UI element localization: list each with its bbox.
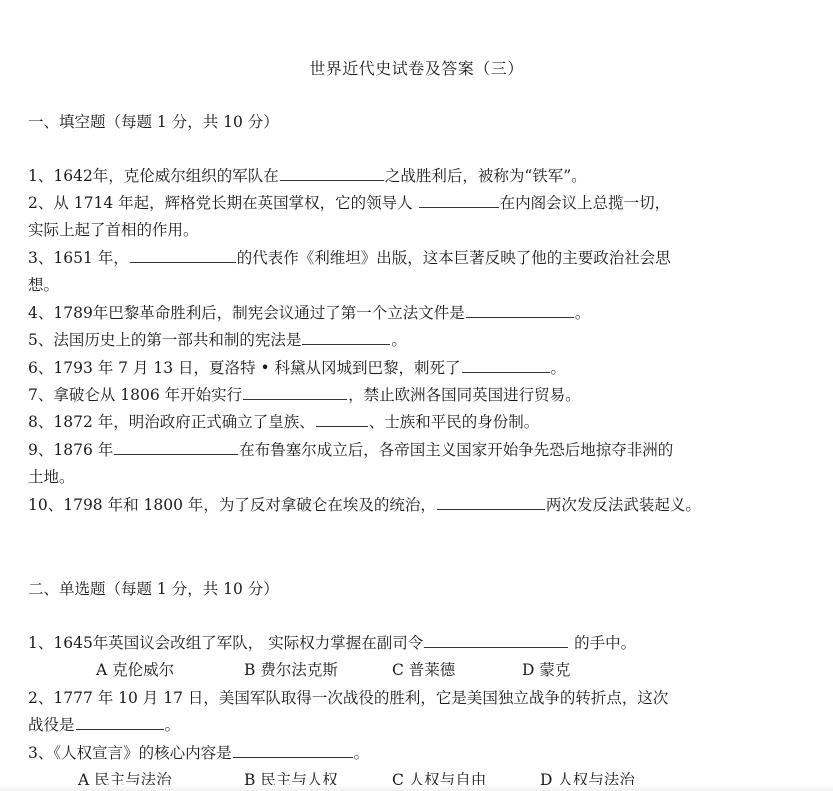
question-3-continued: 想。: [28, 273, 59, 295]
question-2: 2、从 1714 年起，辉格党长期在英国掌权，它的领导人 在内阁会议上总揽一切，: [28, 191, 670, 213]
page-title: 世界近代史试卷及答案（三）: [0, 56, 833, 79]
question-text: 2、从 1714 年起，辉格党长期在英国掌权，它的领导人: [28, 194, 418, 212]
question-6: 6、1793 年 7 月 13 日，夏洛特 • 科黛从冈城到巴黎，刺死了。: [28, 356, 566, 378]
answer-blank: [302, 329, 390, 345]
answer-blank: [280, 165, 384, 181]
option-b: B 费尔法克斯: [244, 658, 338, 680]
question-text: 的手中。: [569, 634, 636, 652]
question-text: 7、拿破仑从 1806 年开始实行: [28, 386, 242, 404]
question-text: 战役是: [28, 716, 75, 734]
option-d: D 蒙克: [522, 658, 570, 680]
question-text: 之战胜利后，被称为“铁军”。: [385, 167, 587, 185]
question-1: 1、1642年，克伦威尔组织的军队在之战胜利后，被称为“铁军”。: [28, 164, 587, 186]
question-text: 4、1789年巴黎革命胜利后，制宪会议通过了第一个立法文件是: [28, 304, 465, 322]
question-text: 在内阁会议上总揽一切，: [500, 194, 671, 212]
question-text: 。: [391, 331, 407, 349]
question-text: 1、1642年，克伦威尔组织的军队在: [28, 167, 279, 185]
mc-question-2: 2、1777 年 10 月 17 日，美国军队取得一次战役的胜利，它是美国独立战…: [28, 686, 668, 708]
question-9: 9、1876 年在布鲁塞尔成立后，各帝国主义国家开始争先恐后地掠夺非洲的: [28, 438, 673, 460]
exam-page: 世界近代史试卷及答案（三） 一、填空题（每题 1 分，共 10 分） 1、164…: [0, 0, 833, 791]
section-heading-single-choice: 二、单选题（每题 1 分，共 10 分）: [28, 577, 279, 599]
question-text: 。: [575, 304, 591, 322]
question-4: 4、1789年巴黎革命胜利后，制宪会议通过了第一个立法文件是。: [28, 301, 590, 323]
question-text: 两次发反法武装起义。: [546, 496, 701, 514]
question-text: 10、1798 年和 1800 年，为了反对拿破仑在埃及的统治，: [28, 496, 436, 514]
question-5: 5、法国历史上的第一部共和制的宪法是。: [28, 328, 407, 350]
question-text: 在布鲁塞尔成立后，各帝国主义国家开始争先恐后地掠夺非洲的: [239, 441, 673, 459]
option-c: C 普莱德: [392, 658, 455, 680]
question-text: 3、1651 年，: [28, 249, 129, 267]
answer-blank: [233, 742, 353, 758]
answer-blank: [130, 247, 236, 263]
page-edge: [0, 785, 833, 791]
question-8: 8、1872 年，明治政府正式确立了皇族、、士族和平民的身份制。: [28, 410, 539, 432]
answer-blank: [76, 714, 164, 730]
option-a: A 克伦威尔: [96, 658, 174, 680]
question-text: 。: [165, 716, 181, 734]
question-text: 、士族和平民的身份制。: [369, 413, 540, 431]
question-text: 。: [354, 744, 370, 762]
question-text: 3、《人权宣言》的核心内容是: [28, 744, 232, 762]
question-text: 的代表作《利维坦》出版，这本巨著反映了他的主要政治社会思: [237, 249, 671, 267]
mc-question-1: 1、1645年英国议会改组了军队， 实际权力掌握在副司令 的手中。: [28, 631, 636, 653]
answer-blank: [437, 494, 545, 510]
answer-blank: [462, 357, 550, 373]
section-heading-fill-in: 一、填空题（每题 1 分，共 10 分）: [28, 110, 279, 132]
question-2-continued: 实际上起了首相的作用。: [28, 218, 199, 240]
answer-blank: [243, 384, 347, 400]
question-10: 10、1798 年和 1800 年，为了反对拿破仑在埃及的统治，两次发反法武装起…: [28, 493, 701, 515]
question-text: 5、法国历史上的第一部共和制的宪法是: [28, 331, 301, 349]
question-text: 8、1872 年，明治政府正式确立了皇族、: [28, 413, 315, 431]
answer-blank: [424, 632, 568, 648]
answer-blank: [316, 411, 368, 427]
answer-blank: [419, 192, 499, 208]
question-3: 3、1651 年，的代表作《利维坦》出版，这本巨著反映了他的主要政治社会思: [28, 246, 671, 268]
question-text: ，禁止欧洲各国同英国进行贸易。: [348, 386, 581, 404]
answer-blank: [114, 439, 238, 455]
question-text: 6、1793 年 7 月 13 日，夏洛特 • 科黛从冈城到巴黎，刺死了: [28, 359, 461, 377]
answer-blank: [466, 302, 574, 318]
question-text: 。: [551, 359, 567, 377]
question-9-continued: 土地。: [28, 465, 75, 487]
mc-question-2-continued: 战役是。: [28, 713, 180, 735]
question-text: 1、1645年英国议会改组了军队， 实际权力掌握在副司令: [28, 634, 423, 652]
question-7: 7、拿破仑从 1806 年开始实行，禁止欧洲各国同英国进行贸易。: [28, 383, 581, 405]
question-text: 9、1876 年: [28, 441, 113, 459]
mc-question-3: 3、《人权宣言》的核心内容是。: [28, 741, 369, 763]
